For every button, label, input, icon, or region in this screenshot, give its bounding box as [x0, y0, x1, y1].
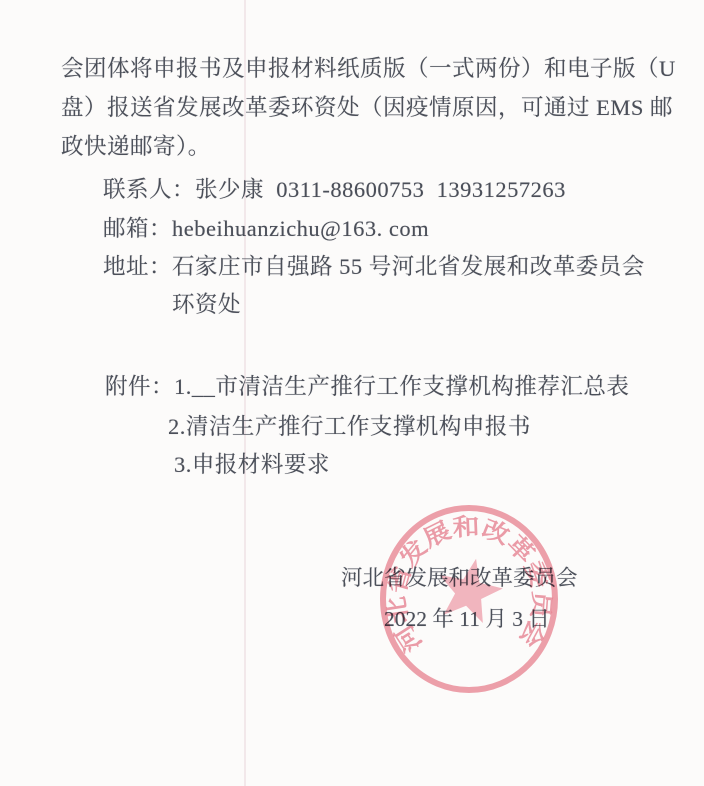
contact-person-line: 联系人：张少康 0311-88600753 13931257263 — [103, 179, 566, 202]
official-seal: 河北省发展和改革委员会 — [371, 500, 567, 700]
attachments-lead-line: 附件：1.__市清洁生产推行工作支撑机构推荐汇总表 — [105, 376, 629, 399]
body-paragraph-line: 盘）报送省发展改革委环资处（因疫情原因，可通过 EMS 邮 — [61, 97, 673, 120]
body-paragraph-line: 会团体将申报书及申报材料纸质版（一式两份）和电子版（U — [61, 58, 676, 81]
contact-email-line: 邮箱：hebeihuanzichu@163. com — [103, 218, 429, 241]
contact-address-line: 地址：石家庄市自强路 55 号河北省发展和改革委员会 — [103, 256, 645, 279]
contact-address-line-2: 环资处 — [172, 294, 241, 317]
seal-star-icon — [432, 552, 508, 626]
attachment-item: 3.申报材料要求 — [174, 454, 330, 477]
body-paragraph-line: 政快递邮寄）。 — [61, 136, 211, 159]
attachment-item: 2.清洁生产推行工作支撑机构申报书 — [168, 416, 531, 439]
scanned-document-page: 会团体将申报书及申报材料纸质版（一式两份）和电子版（U 盘）报送省发展改革委环资… — [0, 0, 704, 786]
